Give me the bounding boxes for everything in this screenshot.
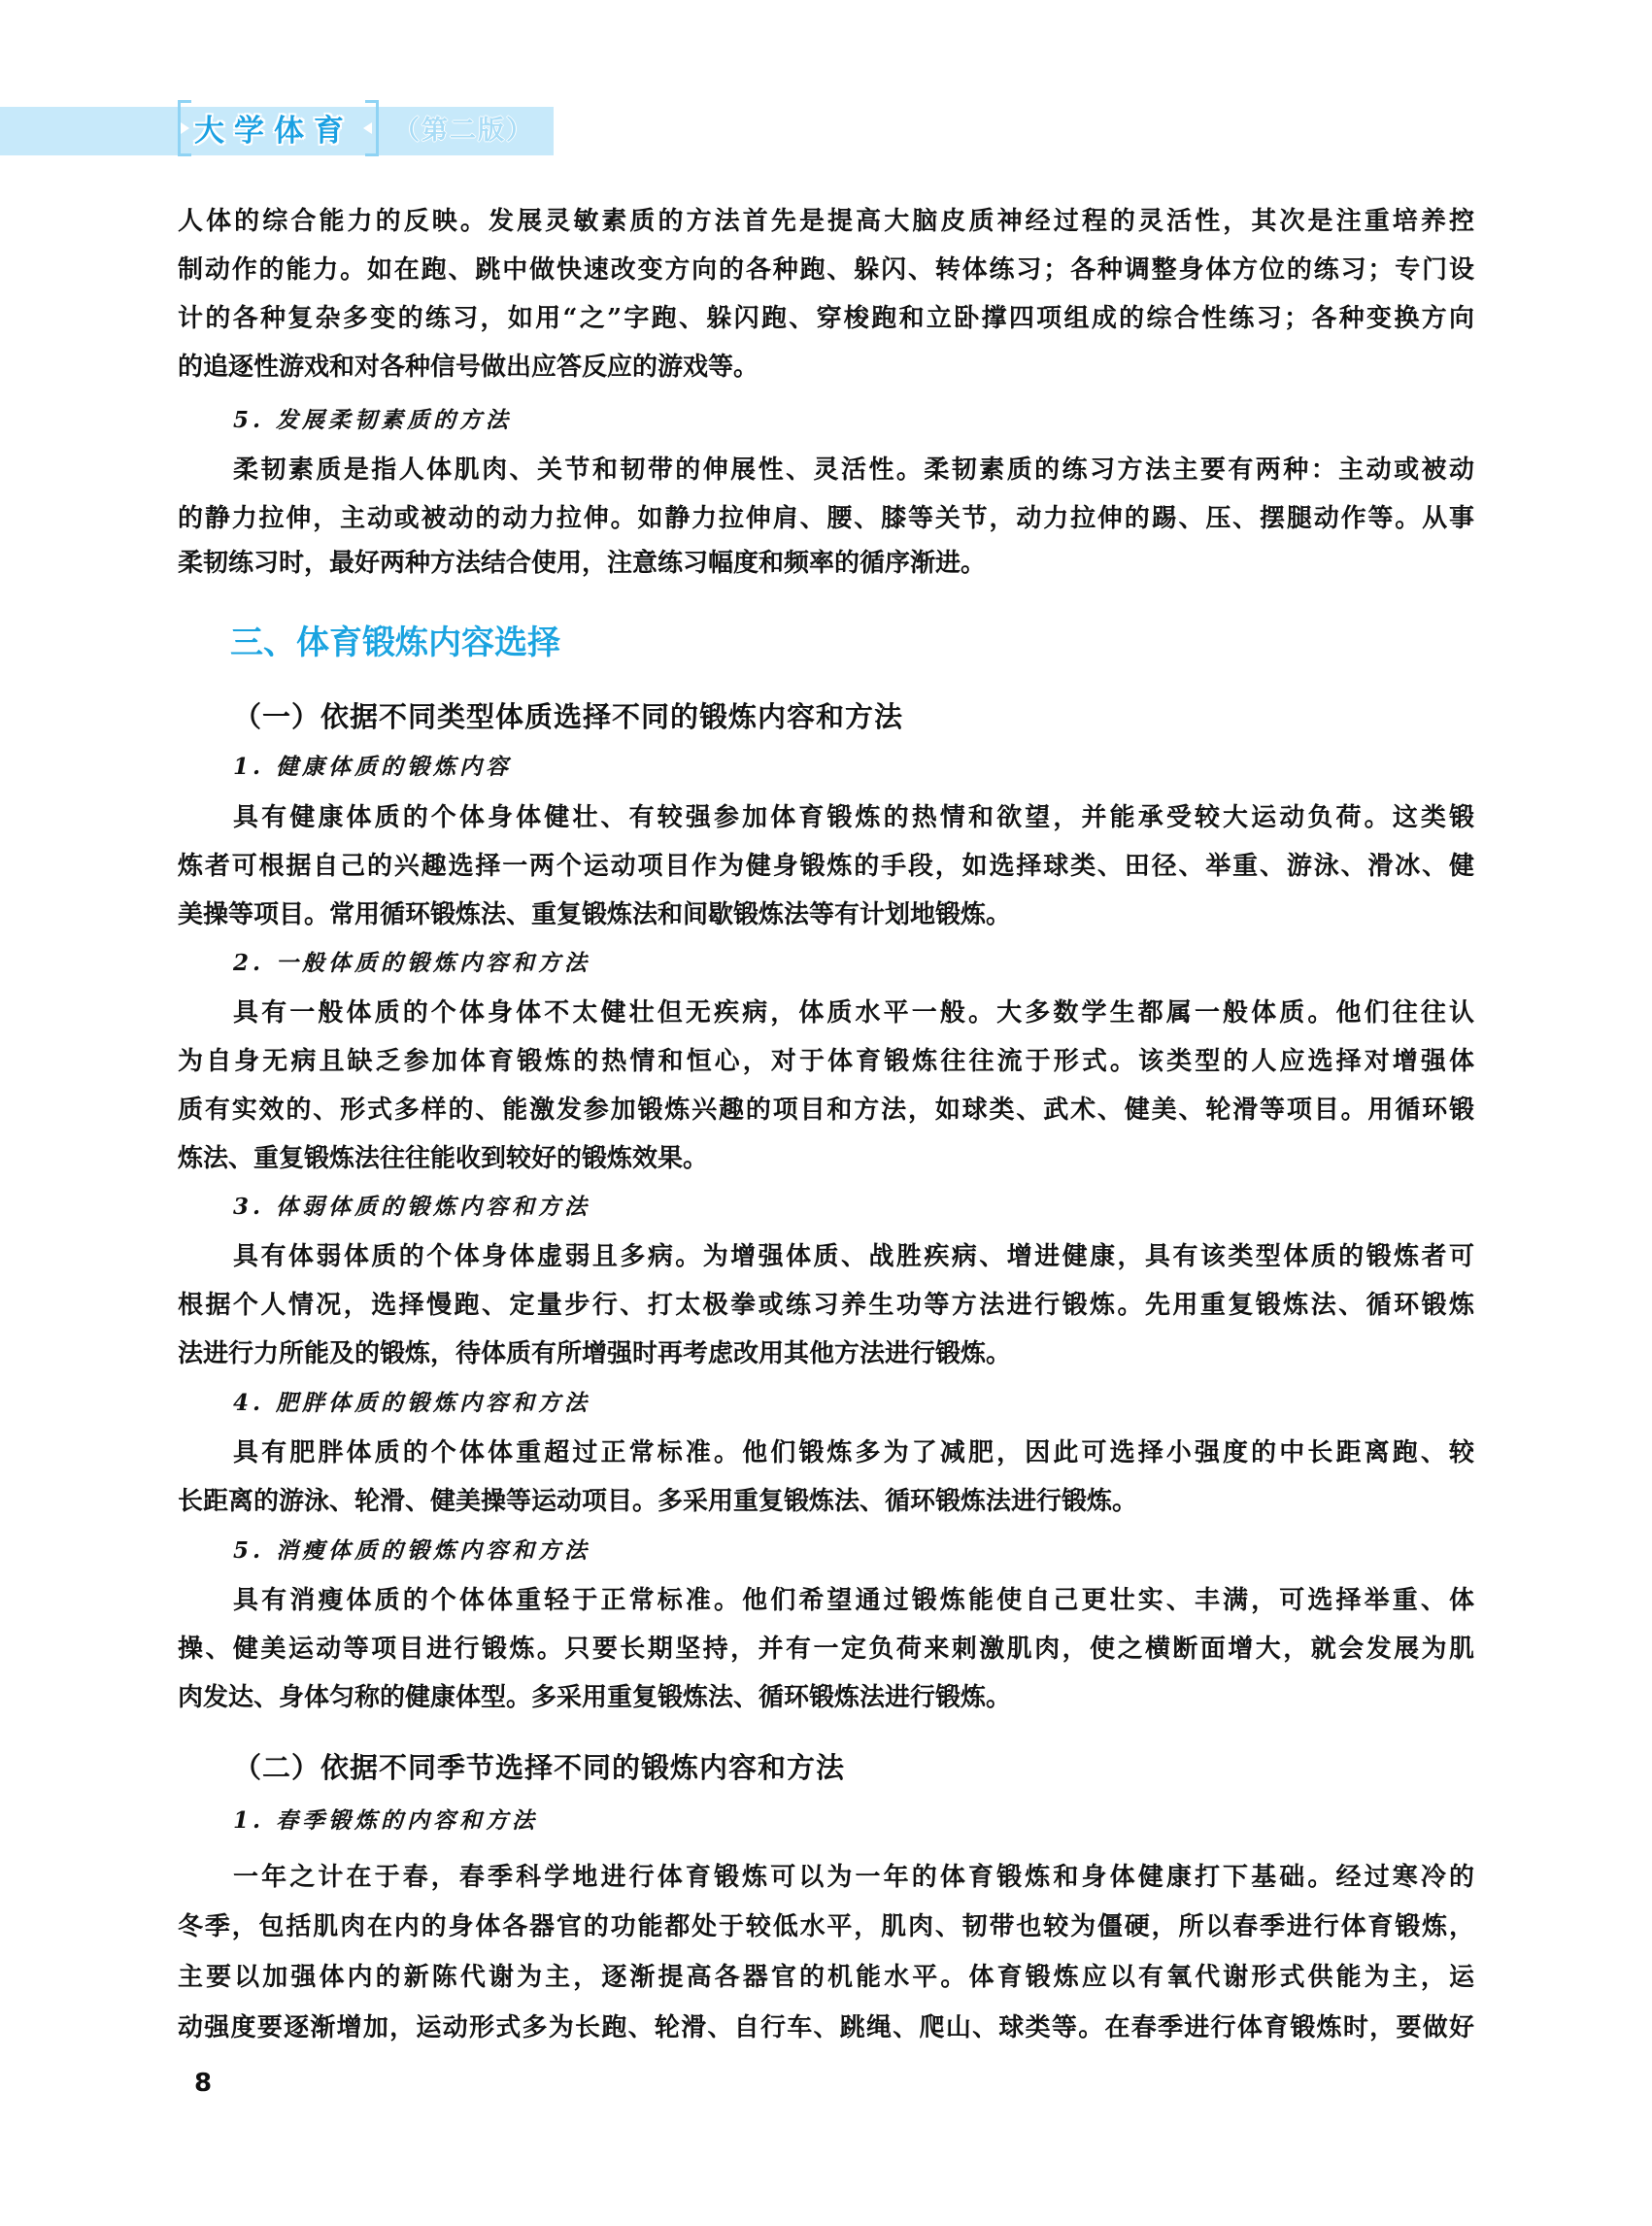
paragraph-line: 的静力拉伸，主动或被动的动力拉伸。如静力拉伸肩、腰、膝等关节，动力拉伸的踢、压、…: [178, 502, 1474, 535]
paragraph-line: 操、健美运动等项目进行锻炼。只要长期坚持，并有一定负荷来刺激肌肉，使之横断面增大…: [178, 1633, 1474, 1666]
paragraph-line: 的追逐性游戏和对各种信号做出应答反应的游戏等。: [178, 351, 1474, 384]
paragraph-line: 美操等项目。常用循环锻炼法、重复锻炼法和间歇锻炼法等有计划地锻炼。: [178, 898, 1474, 931]
subheading-weak: 3. 体弱体质的锻炼内容和方法: [233, 1193, 590, 1222]
paragraph-line: 柔韧素质是指人体肌肉、关节和韧带的伸展性、灵活性。柔韧素质的练习方法主要有两种：…: [233, 454, 1474, 487]
paragraph-line: 主要以加强体内的新陈代谢为主，逐渐提高各器官的机能水平。体育锻炼应以有氧代谢形式…: [178, 1961, 1474, 1994]
paragraph-line: 具有体弱体质的个体身体虚弱且多病。为增强体质、战胜疾病、增进健康，具有该类型体质…: [233, 1240, 1474, 1273]
paragraph-line: 计的各种复杂多变的练习，如用“之”字跑、躲闪跑、穿梭跑和立卧撑四项组成的综合性练…: [178, 302, 1474, 335]
subheading-obese: 4. 肥胖体质的锻炼内容和方法: [233, 1389, 590, 1418]
paragraph-line: 柔韧练习时，最好两种方法结合使用，注意练习幅度和频率的循序渐进。: [178, 547, 1474, 580]
paragraph-line: 为自身无病且缺乏参加体育锻炼的热情和恒心，对于体育锻炼往往流于形式。该类型的人应…: [178, 1045, 1474, 1078]
paragraph-line: 具有肥胖体质的个体体重超过正常标准。他们锻炼多为了减肥，因此可选择小强度的中长距…: [233, 1436, 1474, 1469]
page-number: 8: [194, 2069, 212, 2098]
paragraph-line: 具有健康体质的个体身体健壮、有较强参加体育锻炼的热情和欲望，并能承受较大运动负荷…: [233, 801, 1474, 834]
paragraph-line: 一年之计在于春，春季科学地进行体育锻炼可以为一年的体育锻炼和身体健康打下基础。经…: [233, 1861, 1474, 1894]
paragraph-line: 人体的综合能力的反映。发展灵敏素质的方法首先是提高大脑皮质神经过程的灵活性，其次…: [178, 205, 1474, 238]
paragraph-line: 冬季，包括肌肉在内的身体各器官的功能都处于较低水平，肌肉、韧带也较为僵硬，所以春…: [178, 1910, 1474, 1943]
left-arrow-icon: [181, 122, 189, 134]
subsection-title-1: （一）依据不同类型体质选择不同的锻炼内容和方法: [233, 697, 903, 736]
subheading-general: 2. 一般体质的锻炼内容和方法: [233, 949, 590, 978]
subheading-flexibility: 5. 发展柔韧素质的方法: [233, 406, 512, 435]
paragraph-line: 长距离的游泳、轮滑、健美操等运动项目。多采用重复锻炼法、循环锻炼法进行锻炼。: [178, 1485, 1474, 1518]
paragraph-line: 炼法、重复锻炼法往往能收到较好的锻炼效果。: [178, 1142, 1474, 1175]
book-edition: （第二版）: [393, 107, 534, 155]
subheading-spring: 1. 春季锻炼的内容和方法: [233, 1806, 538, 1836]
subheading-healthy: 1. 健康体质的锻炼内容: [233, 753, 512, 782]
subheading-thin: 5. 消瘦体质的锻炼内容和方法: [233, 1536, 590, 1566]
right-arrow-icon: [363, 122, 372, 134]
paragraph-line: 动强度要逐渐增加，运动形式多为长跑、轮滑、自行车、跳绳、爬山、球类等。在春季进行…: [178, 2011, 1474, 2044]
paragraph-line: 质有实效的、形式多样的、能激发参加锻炼兴趣的项目和方法，如球类、武术、健美、轮滑…: [178, 1094, 1474, 1127]
section-title: 三、体育锻炼内容选择: [230, 622, 560, 664]
paragraph-line: 具有一般体质的个体身体不太健壮但无疾病，体质水平一般。大多数学生都属一般体质。他…: [233, 996, 1474, 1029]
paragraph-line: 炼者可根据自己的兴趣选择一两个运动项目作为健身锻炼的手段，如选择球类、田径、举重…: [178, 850, 1474, 883]
paragraph-line: 制动作的能力。如在跑、跳中做快速改变方向的各种跑、躲闪、转体练习；各种调整身体方…: [178, 253, 1474, 287]
book-title: 大学体育: [194, 107, 354, 155]
paragraph-line: 肉发达、身体匀称的健康体型。多采用重复锻炼法、循环锻炼法进行锻炼。: [178, 1681, 1474, 1714]
subsection-title-2: （二）依据不同季节选择不同的锻炼内容和方法: [233, 1748, 845, 1787]
paragraph-line: 根据个人情况，选择慢跑、定量步行、打太极拳或练习养生功等方法进行锻炼。先用重复锻…: [178, 1289, 1474, 1322]
paragraph-line: 法进行力所能及的锻炼，待体质有所增强时再考虑改用其他方法进行锻炼。: [178, 1337, 1474, 1370]
paragraph-line: 具有消瘦体质的个体体重轻于正常标准。他们希望通过锻炼能使自己更壮实、丰满，可选择…: [233, 1584, 1474, 1617]
